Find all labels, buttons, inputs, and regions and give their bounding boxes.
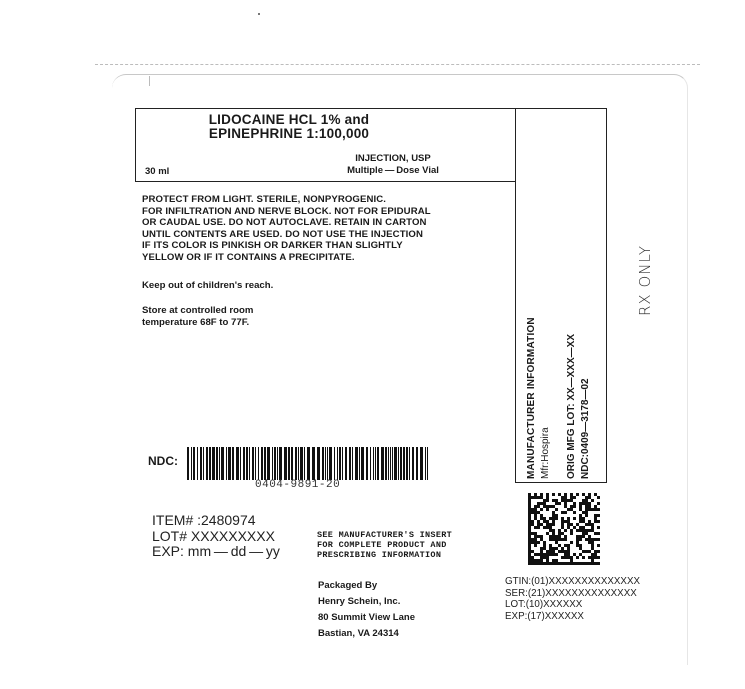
speck [258, 13, 260, 15]
dosage-form: INJECTION, USP Multiple — Dose Vial [333, 153, 453, 177]
ndc-label: NDC: [148, 454, 178, 468]
packager-name: Henry Schein, Inc. [318, 594, 415, 610]
orig-mfg-lot: ORIG MFG LOT: XX—XXX—XX [566, 334, 577, 479]
packager-city: Bastian, VA 24314 [318, 626, 415, 642]
item-number: ITEM# :2480974 [152, 513, 280, 529]
warning-line: IF ITS COLOR IS PINKISH OR DARKER THAN S… [142, 240, 512, 252]
item-info: ITEM# :2480974 LOT# XXXXXXXXX EXP: mm — … [152, 513, 280, 560]
warnings: PROTECT FROM LIGHT. STERILE, NONPYROGENI… [142, 194, 512, 263]
warning-line: YELLOW OR IF IT CONTAINS A PRECIPITATE. [142, 252, 512, 264]
datamatrix-icon [528, 492, 600, 566]
title-line-2: EPINEPHRINE 1:100,000 [194, 127, 384, 141]
expiration-date: EXP: mm — dd — yy [152, 544, 280, 560]
manufacturer-name: Mfr:Hospira [540, 427, 551, 479]
warning-line: UNTIL CONTENTS ARE USED. DO NOT USE THE … [142, 229, 512, 241]
lot-number: LOT# XXXXXXXXX [152, 529, 280, 545]
warning-line: PROTECT FROM LIGHT. STERILE, NONPYROGENI… [142, 194, 512, 206]
packager-heading: Packaged By [318, 578, 415, 594]
registration-tick [149, 76, 150, 86]
serial-number: SER:(21)XXXXXXXXXXXXXX [505, 588, 640, 600]
keep-out-notice: Keep out of children's reach. [142, 280, 273, 291]
title-line-1: LIDOCAINE HCL 1% and [194, 113, 384, 127]
barcode-icon [187, 447, 430, 480]
storage-notice: Store at controlled room temperature 68F… [142, 305, 253, 328]
manufacturer-heading: MANUFACTURER INFORMATION [526, 317, 537, 479]
rx-only: RX ONLY [636, 245, 654, 316]
gs1-lot: LOT:(10)XXXXXX [505, 599, 640, 611]
manufacturer-info-box: MANUFACTURER INFORMATION Mfr:Hospira ORI… [515, 108, 607, 483]
product-title: LIDOCAINE HCL 1% and EPINEPHRINE 1:100,0… [194, 113, 384, 141]
gs1-exp: EXP:(17)XXXXXX [505, 611, 640, 623]
volume: 30 ml [145, 166, 169, 177]
manufacturer-ndc: NDC:0409—3178—02 [580, 378, 591, 479]
ndc-number: 0404-9891-20 [255, 479, 340, 491]
form-line-1: INJECTION, USP [333, 153, 453, 165]
packager-street: 80 Summit View Lane [318, 610, 415, 626]
warning-line: OR CAUDAL USE. DO NOT AUTOCLAVE. RETAIN … [142, 217, 512, 229]
insert-note: SEE MANUFACTURER'S INSERT FOR COMPLETE P… [317, 531, 452, 560]
storage-line-2: temperature 68F to 77F. [142, 317, 253, 329]
insert-note-line: PRESCRIBING INFORMATION [317, 551, 452, 561]
gtin: GTIN:(01)XXXXXXXXXXXXXX [505, 576, 640, 588]
cut-line [95, 64, 700, 65]
warning-line: FOR INFILTRATION AND NERVE BLOCK. NOT FO… [142, 206, 512, 218]
storage-line-1: Store at controlled room [142, 305, 253, 317]
product-header-box: LIDOCAINE HCL 1% and EPINEPHRINE 1:100,0… [135, 108, 516, 182]
packager-info: Packaged By Henry Schein, Inc. 80 Summit… [318, 578, 415, 642]
form-line-2: Multiple — Dose Vial [333, 165, 453, 177]
gs1-info: GTIN:(01)XXXXXXXXXXXXXX SER:(21)XXXXXXXX… [505, 576, 640, 622]
